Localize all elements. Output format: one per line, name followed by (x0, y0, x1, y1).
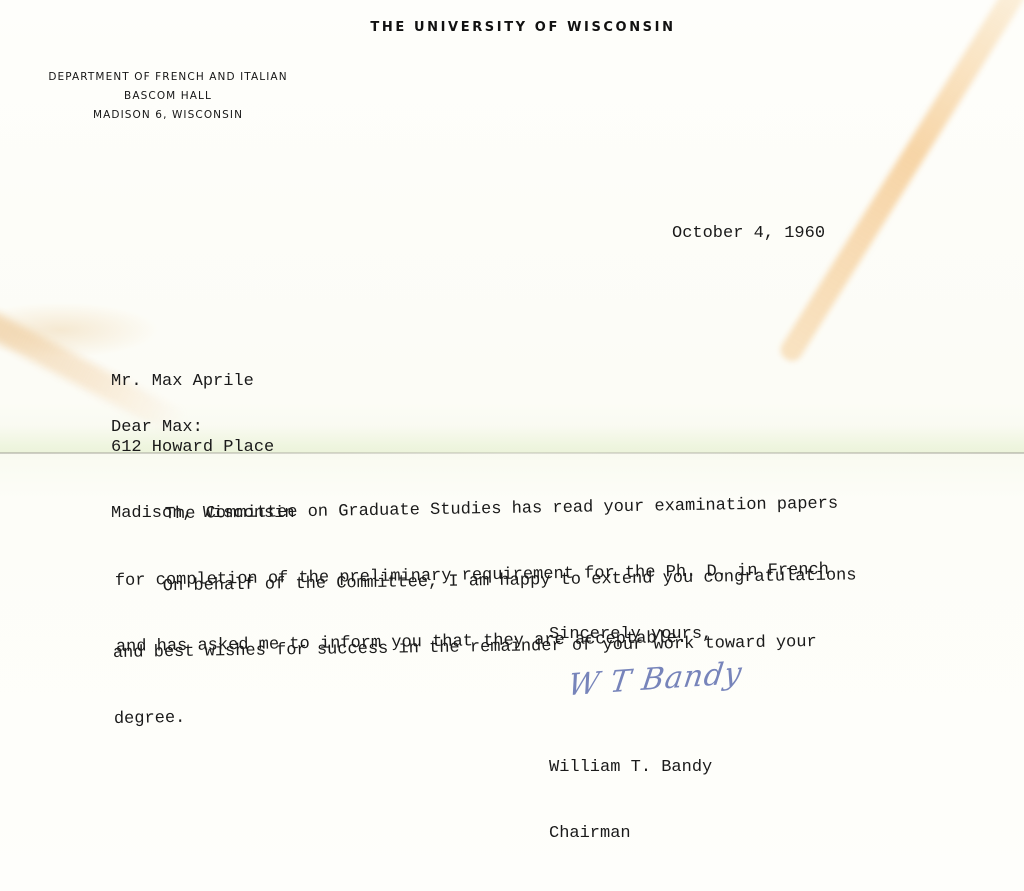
signer-block: William T. Bandy Chairman (549, 713, 712, 867)
body-paragraph-2: On behalf of the Committee, I am happy t… (111, 521, 859, 753)
closing: Sincerely yours, (549, 625, 712, 644)
department-name: DEPARTMENT OF FRENCH AND ITALIAN (20, 68, 316, 87)
paragraph-line: degree. (114, 697, 859, 731)
signer-title: Chairman (549, 823, 712, 845)
department-building: BASCOM HALL (20, 87, 316, 106)
letterhead-institution: THE UNIVERSITY OF WISCONSIN (0, 20, 1024, 35)
recipient-street: 612 Howard Place (111, 437, 295, 459)
paragraph-line: The Committee on Graduate Studies has re… (114, 494, 839, 527)
letter-date: October 4, 1960 (672, 224, 825, 243)
letterhead-department-block: DEPARTMENT OF FRENCH AND ITALIAN BASCOM … (20, 68, 316, 125)
paragraph-line: On behalf of the Committee, I am happy t… (112, 565, 857, 599)
salutation: Dear Max: (111, 418, 203, 437)
recipient-name: Mr. Max Aprile (111, 371, 295, 393)
department-city: MADISON 6, WISCONSIN (20, 106, 316, 125)
paragraph-line: and best wishes for success in the remai… (113, 631, 858, 665)
signer-name: William T. Bandy (549, 757, 712, 779)
